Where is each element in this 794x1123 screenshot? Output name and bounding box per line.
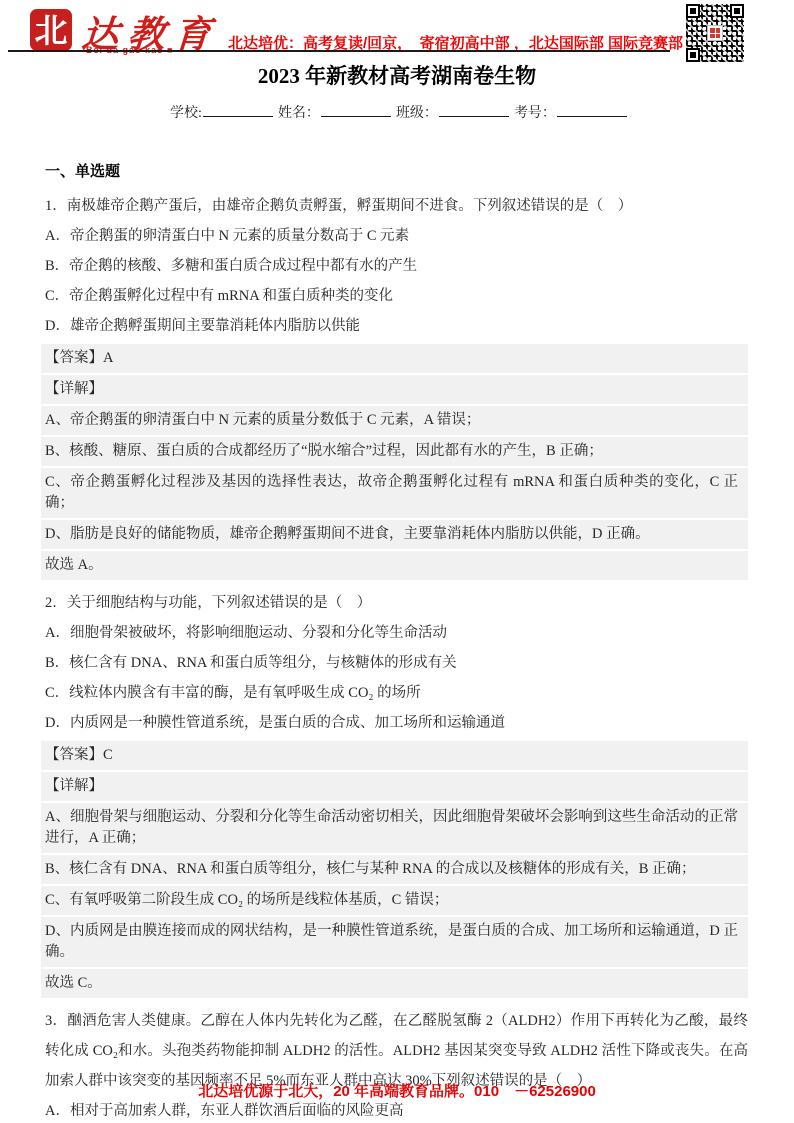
analysis-heading: 【详解】: [41, 375, 748, 404]
class-label: 班级：: [396, 106, 438, 121]
class-blank: [439, 102, 509, 117]
analysis-line: D、脂肪是良好的储能物质，雄帝企鹅孵蛋期间不进食，主要靠消耗体内脂肪以供能，D …: [41, 520, 748, 549]
analysis-heading: 【详解】: [41, 772, 748, 801]
question-text: 1．南极雄帝企鹅产蛋后，由雄帝企鹅负责孵蛋，孵蛋期间不进食。下列叙述错误的是（ …: [45, 191, 748, 221]
qr-finder-top-left-icon: [686, 4, 700, 18]
name-label: 姓名：: [278, 106, 320, 121]
question-1: 1．南极雄帝企鹅产蛋后，由雄帝企鹅负责孵蛋，孵蛋期间不进食。下列叙述错误的是（ …: [45, 191, 748, 580]
exam-document-page: 北 达教育 Bei da gao kao ■ 北达培优：高考复读/回京， 寄宿初…: [0, 0, 794, 1123]
qr-center-dot: [710, 34, 715, 39]
analysis-line: C、有氧呼吸第二阶段生成 CO₂ 的场所是线粒体基质，C 错误；: [41, 886, 748, 915]
analysis-line: B、核酸、糖原、蛋白质的合成都经历了“脱水缩合”过程，因此都有水的产生，B 正确…: [41, 437, 748, 466]
school-blank: [203, 102, 273, 117]
analysis-line: D、内质网是由膜连接而成的网状结构，是一种膜性管道系统，是蛋白质的合成、加工场所…: [41, 917, 748, 967]
question-text: 2．关于细胞结构与功能，下列叙述错误的是（ ）: [45, 588, 748, 618]
qr-center-dot: [710, 28, 715, 33]
analysis-line: B、核仁含有 DNA、RNA 和蛋白质等组分，核仁与某种 RNA 的合成以及核糖…: [41, 855, 748, 884]
qr-code-image: [686, 4, 744, 62]
section-title: 一、单选题: [45, 160, 748, 181]
qr-center-logo: [707, 25, 723, 41]
option-a: A．细胞骨架被破坏，将影响细胞运动、分裂和分化等生命活动: [45, 618, 748, 648]
analysis-line: A、细胞骨架与细胞运动、分裂和分化等生命活动密切相关，因此细胞骨架破坏会影响到这…: [41, 803, 748, 853]
answer-line: 【答案】A: [41, 344, 748, 373]
analysis-line: A、帝企鹅蛋的卵清蛋白中 N 元素的质量分数低于 C 元素，A 错误；: [41, 406, 748, 435]
brand-seal-icon: 北: [30, 9, 72, 51]
document-body: 2023 年新教材高考湖南卷生物 学校:姓名：班级：考号： 一、单选题 1．南极…: [0, 56, 794, 1123]
option-c: C．帝企鹅蛋孵化过程中有 mRNA 和蛋白质种类的变化: [45, 281, 748, 311]
qr-finder-top-right-icon: [730, 4, 744, 18]
answer-block: 【答案】C 【详解】 A、细胞骨架与细胞运动、分裂和分化等生命活动密切相关，因此…: [41, 741, 748, 998]
qr-center-dot: [716, 34, 721, 39]
school-label: 学校:: [170, 106, 202, 121]
analysis-line: C、帝企鹅蛋孵化过程涉及基因的选择性表达，故帝企鹅蛋孵化过程有 mRNA 和蛋白…: [41, 468, 748, 518]
option-a: A．帝企鹅蛋的卵清蛋白中 N 元素的质量分数高于 C 元素: [45, 221, 748, 251]
qr-center-dot: [716, 28, 721, 33]
question-2: 2．关于细胞结构与功能，下列叙述错误的是（ ） A．细胞骨架被破坏，将影响细胞运…: [45, 588, 748, 998]
student-info-line: 学校:姓名：班级：考号：: [0, 102, 794, 124]
answer-block: 【答案】A 【详解】 A、帝企鹅蛋的卵清蛋白中 N 元素的质量分数低于 C 元素…: [41, 344, 748, 580]
exam-no-blank: [557, 102, 627, 117]
exam-no-label: 考号：: [514, 106, 556, 121]
name-blank: [321, 102, 391, 117]
answer-line: 【答案】C: [41, 741, 748, 770]
footer-slogan: 北达培优源于北大，20 年高端教育品牌。010 －62526900: [0, 1080, 794, 1101]
questions-section: 一、单选题 1．南极雄帝企鹅产蛋后，由雄帝企鹅负责孵蛋，孵蛋期间不进食。下列叙述…: [45, 160, 748, 1123]
option-d: D．内质网是一种膜性管道系统，是蛋白质的合成、加工场所和运输通道: [45, 708, 748, 738]
option-c: C．线粒体内膜含有丰富的酶，是有氧呼吸生成 CO₂ 的场所: [45, 678, 748, 708]
exam-title: 2023 年新教材高考湖南卷生物: [0, 60, 794, 90]
analysis-conclusion: 故选 A。: [41, 551, 748, 580]
header-divider: [8, 50, 670, 52]
option-d: D．雄帝企鹅孵蛋期间主要靠消耗体内脂肪以供能: [45, 311, 748, 341]
option-b: B．核仁含有 DNA、RNA 和蛋白质等组分，与核糖体的形成有关: [45, 648, 748, 678]
option-b: B．帝企鹅的核酸、多糖和蛋白质合成过程中都有水的产生: [45, 251, 748, 281]
analysis-conclusion: 故选 C。: [41, 969, 748, 998]
question-3: 3．酗酒危害人类健康。乙醇在人体内先转化为乙醛，在乙醛脱氢酶 2（ALDH2）作…: [45, 1006, 748, 1123]
